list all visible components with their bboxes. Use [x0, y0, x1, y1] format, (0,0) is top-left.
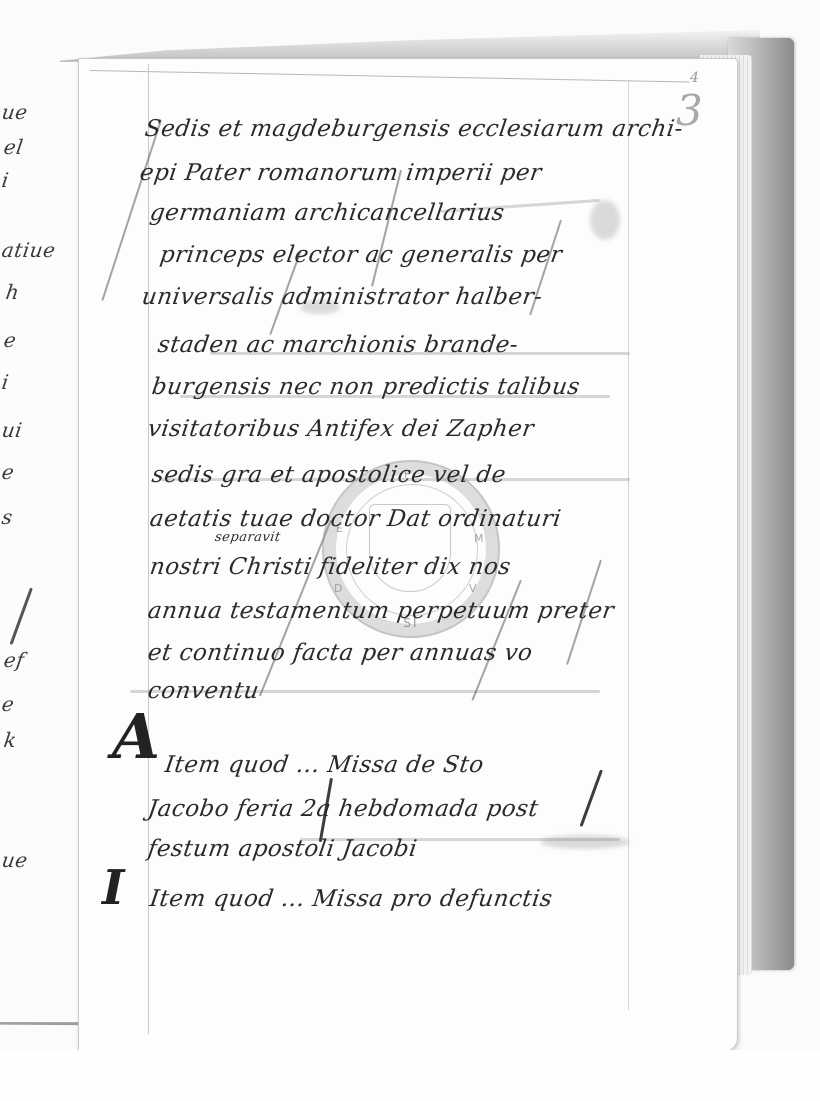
- text-line-8: visitatoribus Antifex dei Zapher: [146, 416, 535, 442]
- folio-mark: 4: [690, 70, 699, 86]
- interlinear-note: separavit: [214, 530, 282, 545]
- text-line-4: princeps elector ac generalis per: [158, 242, 564, 268]
- left-fragment: ue: [0, 100, 29, 124]
- seal-ring-letter: D: [334, 582, 342, 595]
- text-line-18: Item quod ... Missa pro defunctis: [148, 886, 554, 912]
- ink-blot: [590, 200, 620, 240]
- left-fragment: ef: [2, 648, 26, 672]
- decorated-initial-item: A: [112, 700, 160, 773]
- left-fragment: atiue: [0, 238, 57, 262]
- text-line-16: Jacobo feria 2a hebdomada post: [146, 796, 540, 822]
- text-line-12: annua testamentum perpetuum preter: [146, 598, 616, 624]
- ruling-line-left-margin: [148, 64, 149, 1034]
- decorated-initial-item: I: [102, 860, 124, 916]
- text-line-9: sedis gra et apostolice vel de: [150, 462, 507, 488]
- text-line-2: epi Pater romanorum imperii per: [138, 160, 543, 186]
- left-fragment: ue: [0, 848, 29, 872]
- text-line-11: nostri Christi fideliter dix nos: [148, 554, 512, 580]
- text-line-13: et continuo facta per annuas vo: [146, 640, 534, 666]
- left-fragment: el: [2, 135, 25, 159]
- text-line-15: Item quod ... Missa de Sto: [163, 752, 485, 778]
- text-line-6: staden ac marchionis brande-: [156, 332, 520, 358]
- ink-blot: [540, 835, 630, 849]
- text-line-5: universalis administrator halber-: [140, 284, 544, 310]
- manuscript-scan: ue el i atiue h e i ui e s ef e k ue 4 3…: [0, 0, 820, 1101]
- text-line-14: conventu: [146, 678, 261, 704]
- text-line-1: Sedis et magdeburgensis ecclesiarum arch…: [143, 116, 685, 142]
- ruling-line-right-margin: [628, 80, 629, 1010]
- left-facing-page: [0, 62, 82, 1024]
- text-line-17: festum apostoli Jacobi: [146, 836, 419, 862]
- left-fragment: ui: [0, 418, 24, 442]
- seal-ring-letter: M: [474, 532, 484, 545]
- text-line-3: germaniam archicancellarius: [148, 200, 506, 226]
- text-line-7: burgensis nec non predictis talibus: [150, 374, 582, 400]
- text-line-10: aetatis tuae doctor Dat ordinaturi: [148, 506, 563, 532]
- scan-background-bottom: [0, 1050, 820, 1101]
- seal-ring-letter: V: [469, 582, 477, 595]
